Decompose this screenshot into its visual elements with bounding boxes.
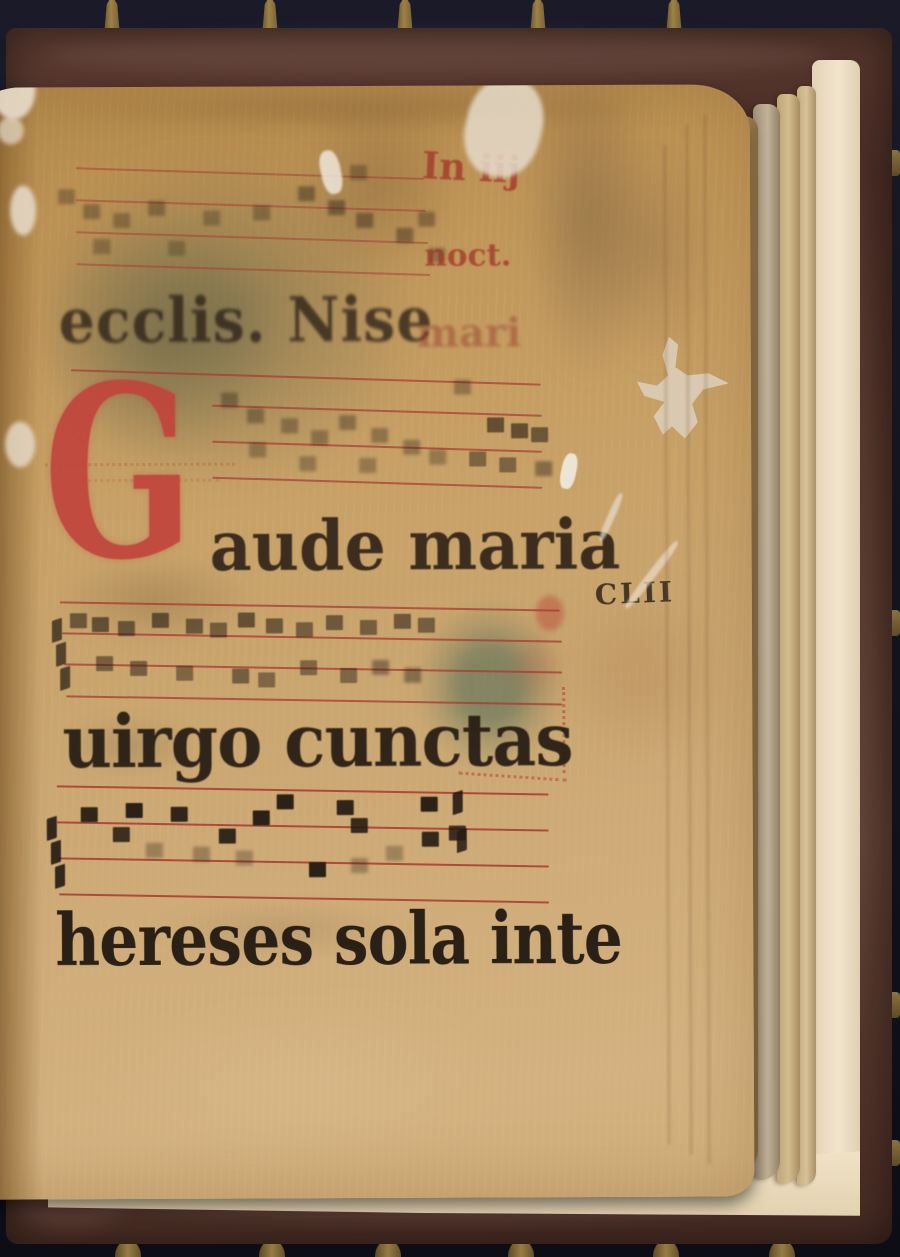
neume-square [328, 200, 345, 215]
neume-square [511, 423, 528, 438]
chant-text-line-3: uirgo cunctas [62, 697, 572, 786]
neume-square [418, 212, 435, 227]
neume-square [210, 623, 227, 638]
neume-square [232, 669, 249, 684]
brass-stud-top [259, 0, 281, 30]
neume-square [499, 457, 516, 472]
neume-square [146, 843, 163, 858]
neume-square [394, 614, 411, 629]
neume-square [58, 189, 75, 204]
neume-square [221, 393, 238, 408]
parchment-stain [588, 128, 719, 369]
chant-text-line-4: hereses sola inte [55, 895, 622, 983]
neume-square [351, 818, 368, 833]
neume-square [371, 428, 388, 443]
rubric-noct: noct. [424, 237, 511, 273]
neume-square [113, 213, 130, 228]
neume-square [337, 800, 354, 815]
brass-stud-top [101, 0, 123, 30]
neume-square [126, 803, 143, 818]
brass-stud-top [394, 0, 416, 30]
neume-square [92, 617, 109, 632]
neume-square [296, 622, 313, 637]
neume-square [70, 613, 87, 628]
neume-square [130, 661, 147, 676]
neume-square [360, 620, 377, 635]
neume-square [118, 621, 135, 636]
leaf-edge-3 [777, 94, 800, 1184]
neume-square [253, 810, 270, 825]
brass-stud-top [663, 0, 685, 30]
neume-square [403, 440, 420, 455]
neume-square [421, 797, 438, 812]
chant-text-line-2: aude maria [209, 505, 620, 587]
neume-square [531, 427, 548, 442]
neume-square [83, 204, 100, 219]
neume-diamond [47, 816, 57, 841]
verso-initial-red-corner [536, 595, 564, 631]
neume-square [454, 380, 471, 395]
neume-square [326, 615, 343, 630]
neume-diamond [55, 864, 65, 889]
neume-square [372, 660, 389, 675]
neume-diamond [56, 642, 66, 667]
neume-square [81, 807, 98, 822]
neume-square [186, 619, 203, 634]
neume-square [429, 450, 446, 465]
neume-square [356, 213, 373, 228]
neume-square [171, 807, 188, 822]
neume-square [309, 862, 326, 877]
neume-diamond [457, 828, 467, 853]
neume-square [152, 613, 169, 628]
neume-square [396, 228, 413, 243]
neume-diamond [52, 618, 62, 643]
neume-square [311, 430, 328, 445]
leather-sheen-top [46, 34, 826, 76]
neume-square [203, 211, 220, 226]
neume-diamond [51, 840, 61, 865]
neume-square [277, 794, 294, 809]
neume-square [386, 846, 403, 861]
brass-stud-top [527, 0, 549, 30]
neume-square [339, 415, 356, 430]
neume-square [266, 618, 283, 633]
photograph-of-manuscript: In iij noct. ecclis. Nise mari G aude ma… [0, 0, 900, 1257]
neume-square [535, 461, 552, 476]
neume-square [300, 660, 317, 675]
neume-square [247, 408, 264, 423]
neume-square [96, 656, 113, 671]
gutter-white-patch [5, 421, 35, 467]
neume-diamond [60, 666, 70, 691]
neume-square [299, 456, 316, 471]
neume-square [253, 205, 270, 220]
neume-square [469, 451, 486, 466]
neume-square [359, 458, 376, 473]
neume-square [422, 832, 439, 847]
neume-square [418, 618, 435, 633]
neume-square [249, 442, 266, 457]
neume-square [93, 239, 110, 254]
gutter-shadow [0, 87, 42, 1199]
chant-text-line-1-red: mari [417, 309, 522, 356]
neume-square [351, 858, 368, 873]
gutter-white-patch [10, 185, 36, 235]
neume-square [281, 418, 298, 433]
neume-square [193, 847, 210, 862]
neume-square [176, 666, 193, 681]
neume-square [350, 165, 367, 180]
neume-square [238, 612, 255, 627]
neume-square [340, 668, 357, 683]
neume-square [113, 827, 130, 842]
neume-square [236, 850, 253, 865]
neume-diamond [453, 790, 463, 815]
neume-square [487, 417, 504, 432]
neume-square [148, 201, 165, 216]
manuscript-page: In iij noct. ecclis. Nise mari G aude ma… [0, 84, 754, 1199]
neume-square [298, 186, 315, 201]
flyleaf-sheet [812, 60, 860, 1210]
illuminated-initial-g: G [43, 379, 194, 570]
neume-square [404, 668, 421, 683]
neume-square [258, 672, 275, 687]
neume-square [219, 829, 236, 844]
neume-square [168, 241, 185, 256]
